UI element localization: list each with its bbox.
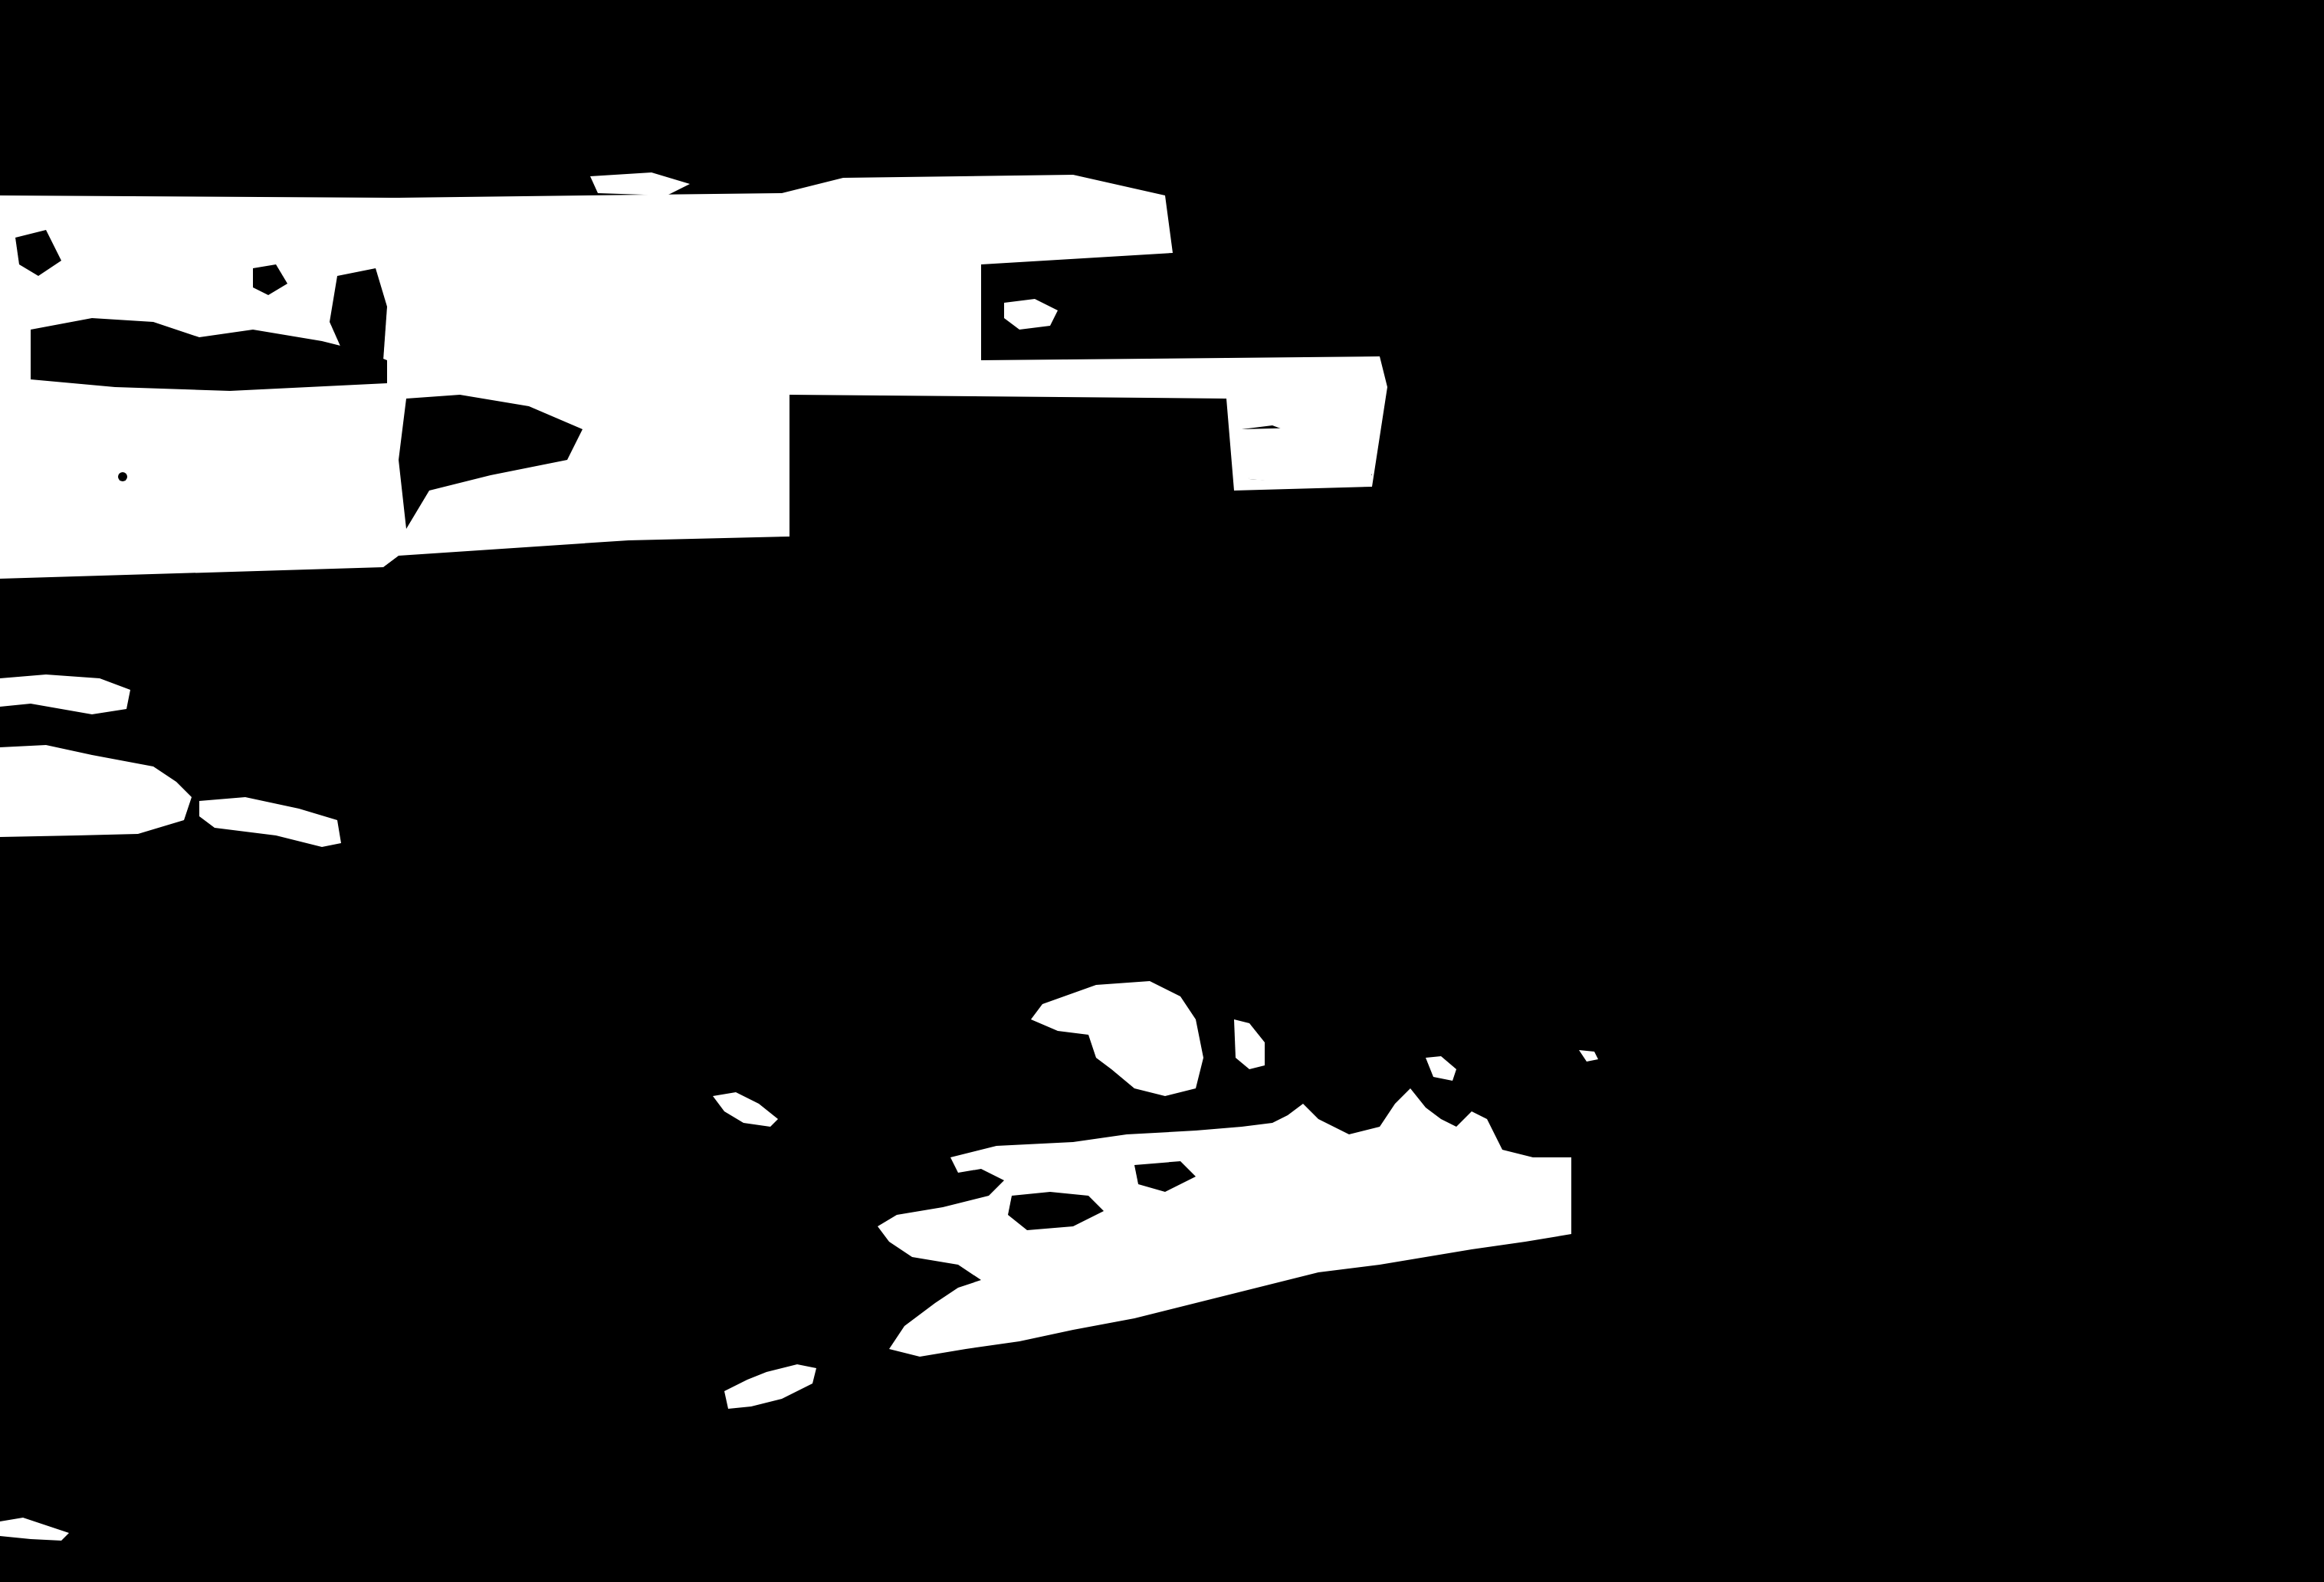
left-streaks bbox=[0, 674, 341, 1541]
mask-shapes bbox=[0, 0, 2324, 1582]
lower-cluster bbox=[713, 981, 1598, 1409]
upper-left-region bbox=[0, 172, 1387, 579]
